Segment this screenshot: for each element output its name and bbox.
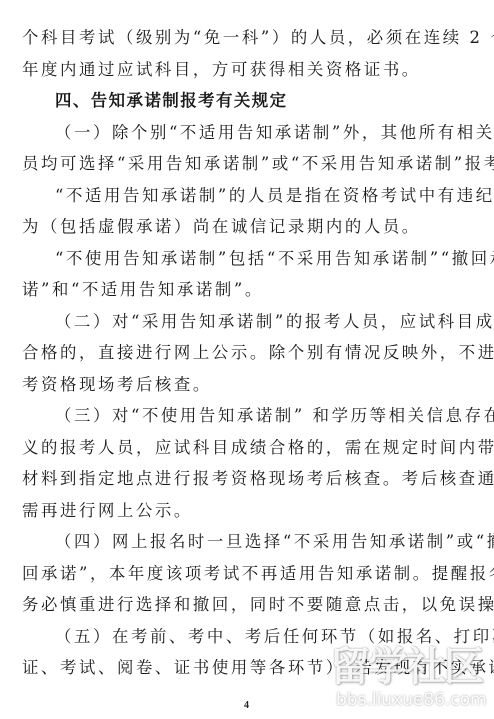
document-page: 个科目考试（级别为“免一科”）的人员，必须在连续 2 个考试 年度内通过应试科目…: [0, 0, 494, 719]
text-line: 员均可选择“采用告知承诺制”或“不采用告知承诺制”报考。: [22, 152, 473, 176]
text-line: （五）在考前、考中、考后任何环节（如报名、打印准考: [55, 625, 473, 649]
text-line: （一）除个别“不适用告知承诺制”外，其他所有相关人: [55, 121, 473, 145]
text-line: 考资格现场考后核查。: [22, 373, 473, 397]
section-heading: 四、告知承诺制报考有关规定: [55, 89, 473, 113]
text-line: 诺”和“不适用告知承诺制”。: [22, 278, 473, 302]
text-line: 材料到指定地点进行报考资格现场考后核查。考后核查通过的，: [22, 467, 473, 491]
text-line: （二）对“采用告知承诺制”的报考人员，应试科目成绩: [55, 310, 473, 334]
text-line: “不适用告知承诺制”的人员是指在资格考试中有违纪行: [55, 184, 473, 208]
text-line: 年度内通过应试科目，方可获得相关资格证书。: [22, 58, 473, 82]
text-line: 回承诺”，本年度该项考试不再适用告知承诺制。提醒报名人员: [22, 562, 473, 586]
page-number: 4: [244, 700, 249, 711]
text-line: 为（包括虚假承诺）尚在诚信记录期内的人员。: [22, 215, 473, 239]
text-line: 务必慎重进行选择和撤回，同时不要随意点击，以免误操作。: [22, 593, 473, 617]
watermark-url: bbs.liuxue86.com: [336, 690, 487, 710]
text-line: 个科目考试（级别为“免一科”）的人员，必须在连续 2 个考试: [22, 26, 473, 50]
text-line: 合格的，直接进行网上公示。除个别有情况反映外，不进行报: [22, 341, 473, 365]
text-line: 义的报考人员，应试科目成绩合格的，需在规定时间内带相关: [22, 436, 473, 460]
text-line: （三）对“不使用告知承诺制” 和学历等相关信息存在疑: [55, 404, 473, 428]
text-line: “不使用告知承诺制”包括“不采用告知承诺制”“撤回承: [55, 247, 473, 271]
text-line: （四）网上报名时一旦选择“不采用告知承诺制”或“撤: [55, 530, 473, 554]
text-line: 需再进行网上公示。: [22, 499, 473, 523]
text-line: 证、考试、阅卷、证书使用等各环节），若发现有不实承诺，将: [22, 656, 473, 680]
